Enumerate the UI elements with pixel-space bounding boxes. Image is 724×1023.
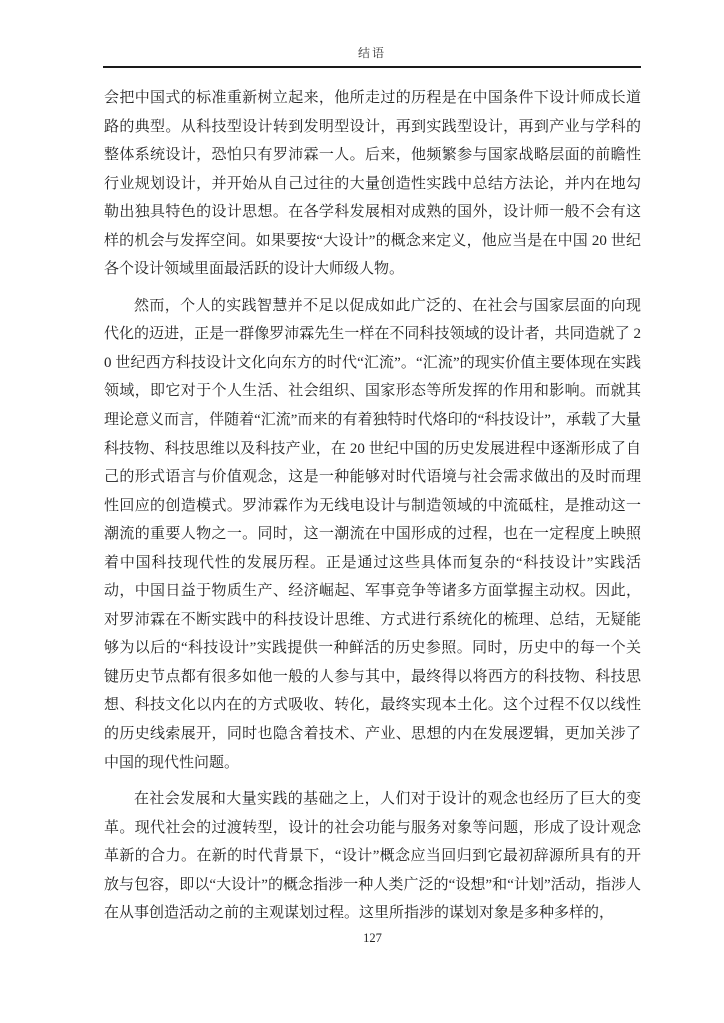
page-footer: 127 xyxy=(104,931,641,946)
document-page: 结语 会把中国式的标准重新树立起来，他所走过的历程是在中国条件下设计师成长道路的… xyxy=(0,0,724,1023)
paragraph: 然而，个人的实践智慧并不足以促成如此广泛的、在社会与国家层面的向现代化的迈进，正… xyxy=(104,292,641,777)
chapter-title: 结语 xyxy=(358,46,386,60)
running-header: 结语 xyxy=(103,44,641,68)
body-text: 会把中国式的标准重新树立起来，他所走过的历程是在中国条件下设计师成长道路的典型。… xyxy=(104,84,641,936)
paragraph: 会把中国式的标准重新树立起来，他所走过的历程是在中国条件下设计师成长道路的典型。… xyxy=(104,84,641,284)
paragraph: 在社会发展和大量实践的基础之上，人们对于设计的观念也经历了巨大的变革。现代社会的… xyxy=(104,785,641,928)
page-number: 127 xyxy=(363,931,382,945)
